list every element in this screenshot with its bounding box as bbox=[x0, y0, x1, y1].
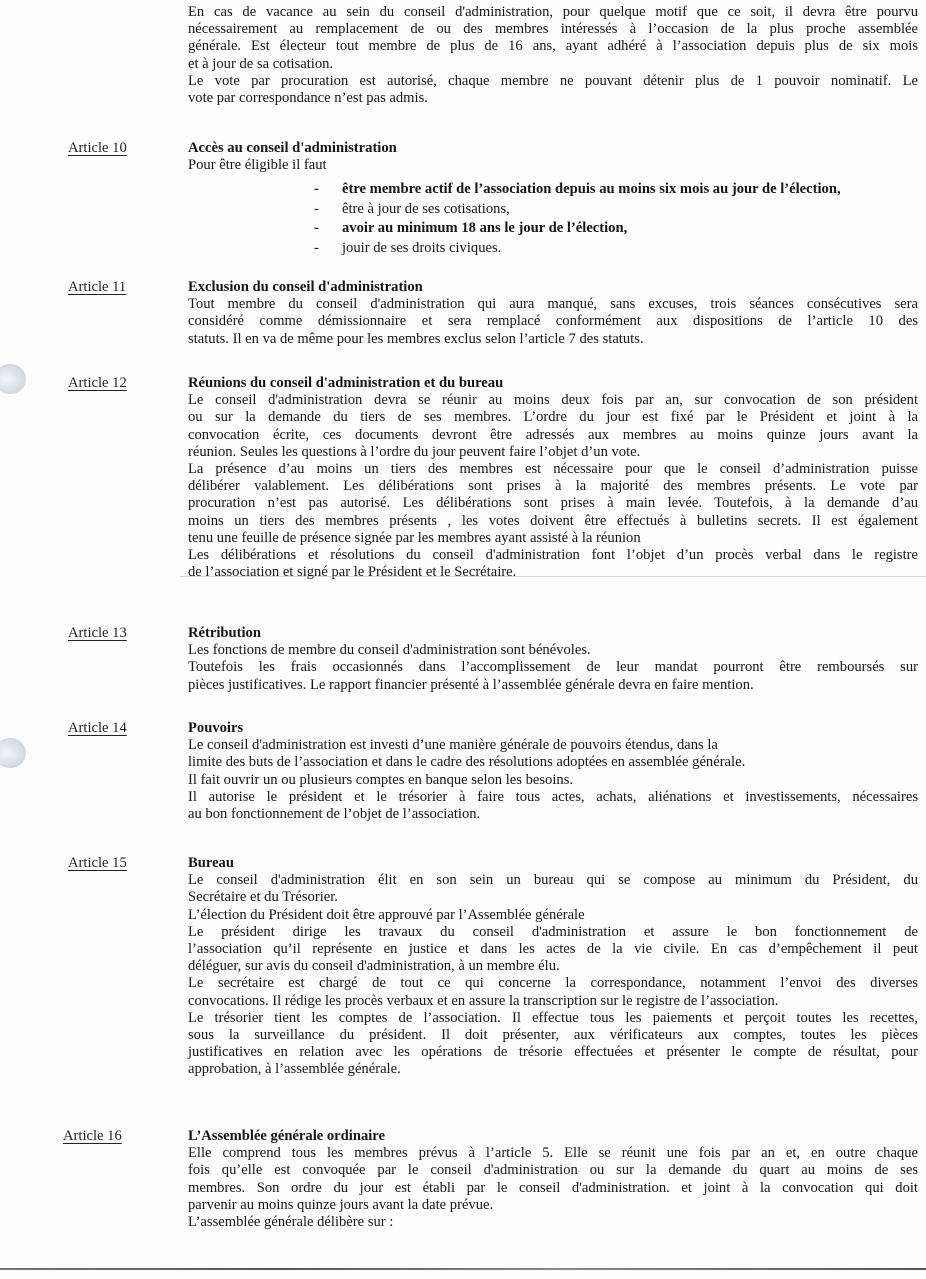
article-12: Réunions du conseil d'administration et … bbox=[188, 375, 918, 581]
text-line: Le trésorier tient les comptes de l’asso… bbox=[188, 1010, 918, 1027]
article-label: Article 12 bbox=[68, 375, 127, 392]
text-line: Tout membre du conseil d'administration … bbox=[188, 296, 918, 313]
eligibility-list: -être membre actif de l’association depu… bbox=[314, 180, 841, 258]
text-line: Toutefois les frais occasionnés dans l’a… bbox=[188, 659, 918, 676]
article-15: Bureau Le conseil d'administration élit … bbox=[188, 855, 918, 1079]
text-line: Le conseil d'administration élit en son … bbox=[188, 872, 918, 889]
article-label: Article 14 bbox=[68, 720, 127, 737]
intro-paragraph: En cas de vacance au sein du conseil d'a… bbox=[188, 4, 918, 107]
article-label: Article 10 bbox=[68, 140, 127, 157]
page-bottom-edge bbox=[0, 1268, 926, 1270]
text-line: réunion. Seules les questions à l’ordre … bbox=[188, 444, 918, 461]
list-item: -jouir de ses droits civiques. bbox=[314, 239, 841, 259]
text-line: Il fait ouvrir un ou plusieurs comptes e… bbox=[188, 772, 918, 789]
hole-punch-mark bbox=[0, 738, 26, 768]
article-10: Accès au conseil d'administration Pour ê… bbox=[188, 140, 918, 174]
text-line: Pour être éligible il faut bbox=[188, 157, 918, 174]
text-line: procuration n’est pas autorisé. Les déli… bbox=[188, 495, 918, 512]
text-line: statuts. Il en va de même pour les membr… bbox=[188, 331, 918, 348]
text-line: convocations. Il rédige les procès verba… bbox=[188, 993, 918, 1010]
article-title: L’Assemblée générale ordinaire bbox=[188, 1128, 918, 1145]
article-11: Exclusion du conseil d'administration To… bbox=[188, 279, 918, 348]
article-16: L’Assemblée générale ordinaire Elle comp… bbox=[188, 1128, 918, 1231]
text-line: fois qu’elle est convoquée par le consei… bbox=[188, 1162, 918, 1179]
text-line: vote par correspondance n’est pas admis. bbox=[188, 90, 918, 107]
text-line: Le secrétaire est chargé de tout ce qui … bbox=[188, 975, 918, 992]
article-title: Rétribution bbox=[188, 625, 918, 642]
text-line: tenu une feuille de présence signée par … bbox=[188, 530, 918, 547]
text-line: de l’association et signé par le Préside… bbox=[188, 564, 918, 581]
article-title: Accès au conseil d'administration bbox=[188, 140, 918, 157]
article-label: Article 15 bbox=[68, 855, 127, 872]
article-title: Réunions du conseil d'administration et … bbox=[188, 375, 918, 392]
list-item: -être à jour de ses cotisations, bbox=[314, 200, 841, 220]
document-page: En cas de vacance au sein du conseil d'a… bbox=[0, 0, 926, 1279]
article-title: Exclusion du conseil d'administration bbox=[188, 279, 918, 296]
text-line: Les délibérations et résolutions du cons… bbox=[188, 547, 918, 564]
text-line: Le président dirige les travaux du conse… bbox=[188, 924, 918, 941]
text-line: Les fonctions de membre du conseil d'adm… bbox=[188, 642, 918, 659]
text-line: parvenir au moins quinze jours avant la … bbox=[188, 1197, 918, 1214]
text-line: Le vote par procuration est autorisé, ch… bbox=[188, 73, 918, 90]
article-label: Article 16 bbox=[63, 1128, 122, 1145]
text-line: Le conseil d'administration devra se réu… bbox=[188, 392, 918, 409]
text-line: Le conseil d'administration est investi … bbox=[188, 737, 918, 754]
text-line: générale. Est électeur tout membre de pl… bbox=[188, 38, 918, 55]
text-line: membres. Son ordre du jour est établi pa… bbox=[188, 1180, 918, 1197]
text-line: au bon fonctionnement de l’objet de l’as… bbox=[188, 806, 918, 823]
article-label: Article 13 bbox=[68, 625, 127, 642]
text-line: approbation, à l’assemblée générale. bbox=[188, 1061, 918, 1078]
text-line: Elle comprend tous les membres prévus à … bbox=[188, 1145, 918, 1162]
text-line: nécessairement au remplacement de ou des… bbox=[188, 21, 918, 38]
text-line: ou sur la demande du tiers de ses membre… bbox=[188, 409, 918, 426]
text-line: justificatives en relation avec les opér… bbox=[188, 1044, 918, 1061]
list-item: -avoir au minimum 18 ans le jour de l’él… bbox=[314, 219, 841, 239]
text-line: délibérer valablement. Les délibérations… bbox=[188, 478, 918, 495]
text-line: moins un tiers des membres présents , le… bbox=[188, 513, 918, 530]
text-line: Secrétaire et du Trésorier. bbox=[188, 889, 918, 906]
text-line: convocation écrite, ces documents devron… bbox=[188, 427, 918, 444]
article-label: Article 11 bbox=[68, 279, 126, 296]
text-line: l’association qu’il représente en justic… bbox=[188, 941, 918, 958]
article-14: Pouvoirs Le conseil d'administration est… bbox=[188, 720, 918, 823]
text-line: La présence d’au moins un tiers des memb… bbox=[188, 461, 918, 478]
list-item: -être membre actif de l’association depu… bbox=[314, 180, 841, 200]
text-line: déléguer, sur avis du conseil d'administ… bbox=[188, 958, 918, 975]
article-13: Rétribution Les fonctions de membre du c… bbox=[188, 625, 918, 694]
text-line: Il autorise le président et le trésorier… bbox=[188, 789, 918, 806]
text-line: considéré comme démissionnaire et sera r… bbox=[188, 313, 918, 330]
text-line: L’assemblée générale délibère sur : bbox=[188, 1214, 918, 1231]
text-line: L’élection du Président doit être approu… bbox=[188, 907, 918, 924]
hole-punch-mark bbox=[0, 364, 26, 394]
text-line: et à jour de sa cotisation. bbox=[188, 56, 918, 73]
text-line: limite des buts de l’association et dans… bbox=[188, 754, 918, 771]
article-title: Bureau bbox=[188, 855, 918, 872]
article-title: Pouvoirs bbox=[188, 720, 918, 737]
text-line: sous la surveillance du président. Il do… bbox=[188, 1027, 918, 1044]
paper-crease bbox=[180, 576, 926, 577]
text-line: pièces justificatives. Le rapport financ… bbox=[188, 677, 918, 694]
text-line: En cas de vacance au sein du conseil d'a… bbox=[188, 4, 918, 21]
